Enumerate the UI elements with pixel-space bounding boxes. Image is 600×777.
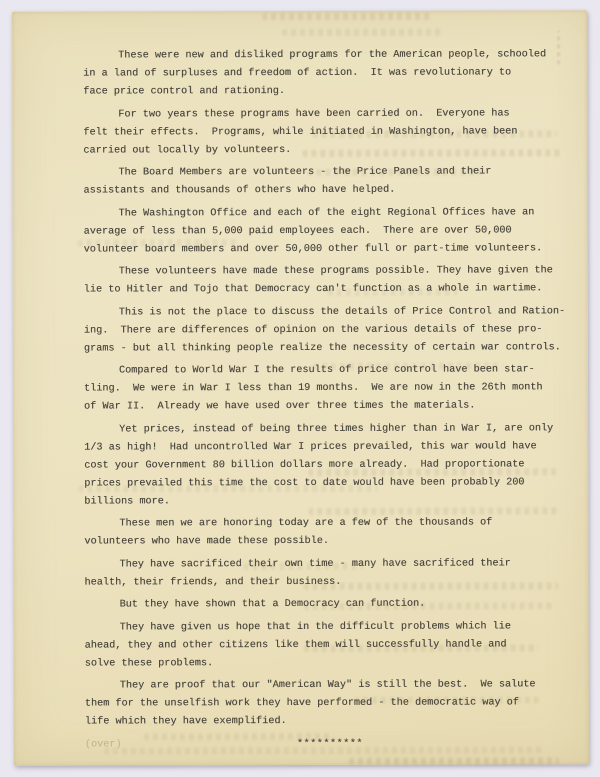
bleedthrough-smudge — [262, 13, 432, 20]
paragraph: The Washington Office and each of the ei… — [84, 204, 574, 259]
paragraph: These volunteers have made these program… — [84, 262, 574, 299]
paragraph: The Board Members are volunteers - the P… — [83, 163, 573, 200]
paragraph: They have given us hope that in the diff… — [85, 618, 575, 673]
paragraph: Yet prices, instead of being three times… — [84, 420, 574, 511]
paragraph: These were new and disliked programs for… — [83, 46, 573, 101]
paragraph: They are proof that our "American Way" i… — [85, 676, 575, 731]
over-note: (over) — [85, 736, 122, 754]
paragraph: For two years these programs have been c… — [83, 105, 573, 160]
paragraph: They have sacrificed their own time - ma… — [84, 555, 574, 592]
paragraph: But they have shown that a Democracy can… — [85, 595, 575, 614]
document-body: These were new and disliked programs for… — [83, 46, 575, 754]
page-footer: (over) ********** — [85, 735, 575, 754]
bleedthrough-smudge — [282, 29, 442, 36]
paragraph: Compared to World War I the results of p… — [84, 361, 574, 416]
paragraph: This is not the place to discuss the det… — [84, 303, 574, 358]
bleedthrough-smudge — [349, 757, 559, 765]
document-page: These were new and disliked programs for… — [12, 10, 589, 766]
paragraph: These men we are honoring today are a fe… — [84, 514, 574, 551]
end-marker: ********** — [85, 735, 575, 754]
scan-background: { "doc": { "paragraphs": [ "These were n… — [0, 0, 600, 777]
